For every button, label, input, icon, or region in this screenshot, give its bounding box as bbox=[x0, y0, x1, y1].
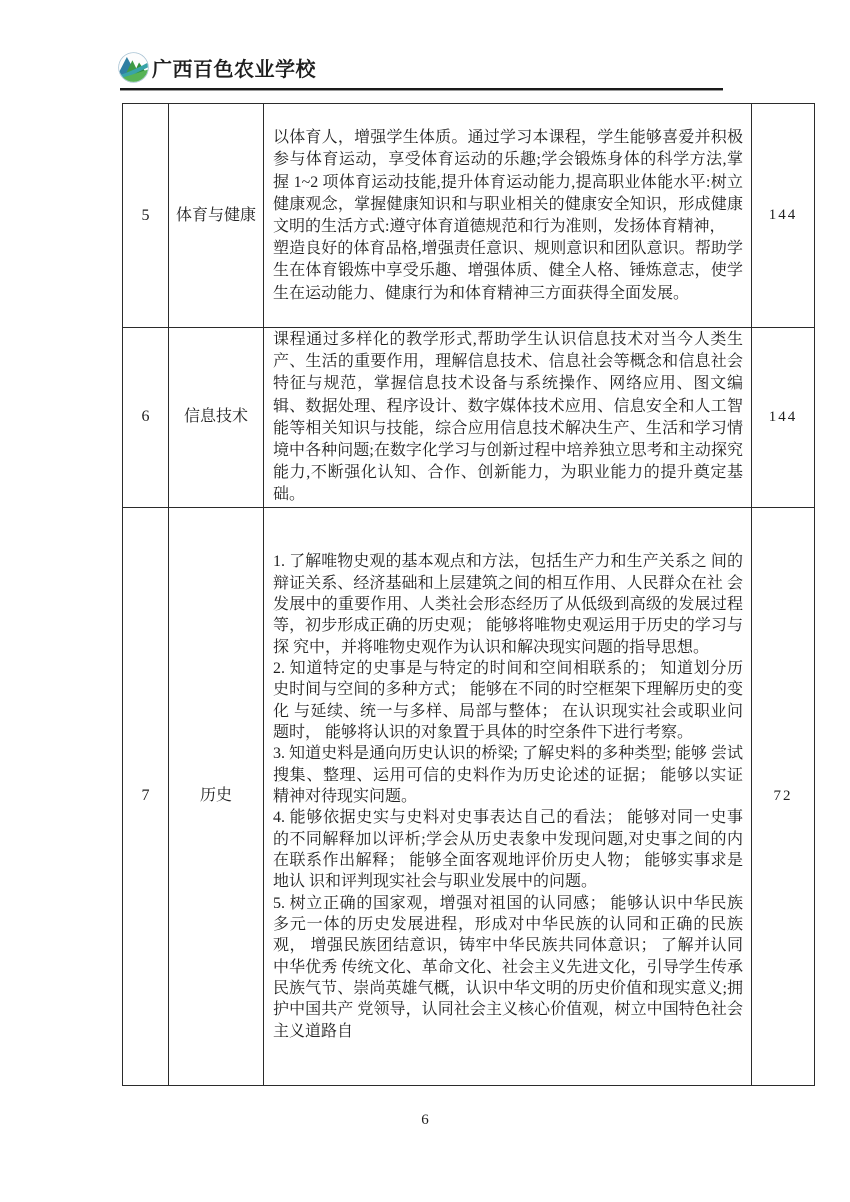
course-desc-cell: 课程通过多样化的教学形式,帮助学生认识信息技术对当今人类生产、生活的重要作用，理… bbox=[264, 328, 752, 508]
desc-paragraph: 塑造良好的体育品格,增强责任意识、规则意识和团队意识。帮助学生在体育锻炼中享受乐… bbox=[273, 238, 743, 305]
school-logo-icon bbox=[118, 52, 149, 83]
document-page: 广西百色农业学校 5 体育与健康 以体育人，增强学生体质。通过学习本课程，学生能… bbox=[0, 0, 850, 1202]
table-row-history: 7 历史 1. 了解唯物史观的基本观点和方法，包括生产力和生产关系之 间的辩证关… bbox=[123, 507, 815, 1085]
course-name-cell: 体育与健康 bbox=[169, 104, 264, 328]
curriculum-table: 5 体育与健康 以体育人，增强学生体质。通过学习本课程，学生能够喜爱并积极参与体… bbox=[122, 103, 815, 1086]
course-hours-cell: 72 bbox=[752, 507, 815, 1085]
desc-paragraph: 5. 树立正确的国家观，增强对祖国的认同感； 能够认识中华民族 多元一体的历史发… bbox=[273, 893, 743, 1042]
table-row-it: 6 信息技术 课程通过多样化的教学形式,帮助学生认识信息技术对当今人类生产、生活… bbox=[123, 328, 815, 508]
header-divider bbox=[120, 88, 723, 91]
row-number-cell: 5 bbox=[123, 104, 169, 328]
course-hours-cell: 144 bbox=[752, 104, 815, 328]
desc-paragraph: 2. 知道特定的史事是与特定的时间和空间相联系的； 知道划分历 史时间与空间的多… bbox=[273, 658, 743, 743]
course-name-cell: 信息技术 bbox=[169, 328, 264, 508]
desc-paragraph: 4. 能够依据史实与史料对史事表达自己的看法； 能够对同一史事 的不同解释加以评… bbox=[273, 807, 743, 892]
desc-paragraph: 课程通过多样化的教学形式,帮助学生认识信息技术对当今人类生产、生活的重要作用，理… bbox=[273, 329, 743, 507]
course-hours-cell: 144 bbox=[752, 328, 815, 508]
desc-paragraph: 1. 了解唯物史观的基本观点和方法，包括生产力和生产关系之 间的辩证关系、经济基… bbox=[273, 551, 743, 658]
course-desc-cell: 以体育人，增强学生体质。通过学习本课程，学生能够喜爱并积极参与体育运动，享受体育… bbox=[264, 104, 752, 328]
course-desc-cell: 1. 了解唯物史观的基本观点和方法，包括生产力和生产关系之 间的辩证关系、经济基… bbox=[264, 507, 752, 1085]
page-number: 6 bbox=[0, 1112, 850, 1129]
row-number-cell: 7 bbox=[123, 507, 169, 1085]
row-number-cell: 6 bbox=[123, 328, 169, 508]
course-name-cell: 历史 bbox=[169, 507, 264, 1085]
desc-paragraph: 3. 知道史料是通向历史认识的桥梁; 了解史料的多种类型; 能够 尝试搜集、整理… bbox=[273, 743, 743, 807]
school-name: 广西百色农业学校 bbox=[152, 53, 316, 82]
table-row-pe: 5 体育与健康 以体育人，增强学生体质。通过学习本课程，学生能够喜爱并积极参与体… bbox=[123, 104, 815, 328]
desc-paragraph: 以体育人，增强学生体质。通过学习本课程，学生能够喜爱并积极参与体育运动，享受体育… bbox=[273, 127, 743, 238]
page-header: 广西百色农业学校 bbox=[118, 50, 316, 84]
